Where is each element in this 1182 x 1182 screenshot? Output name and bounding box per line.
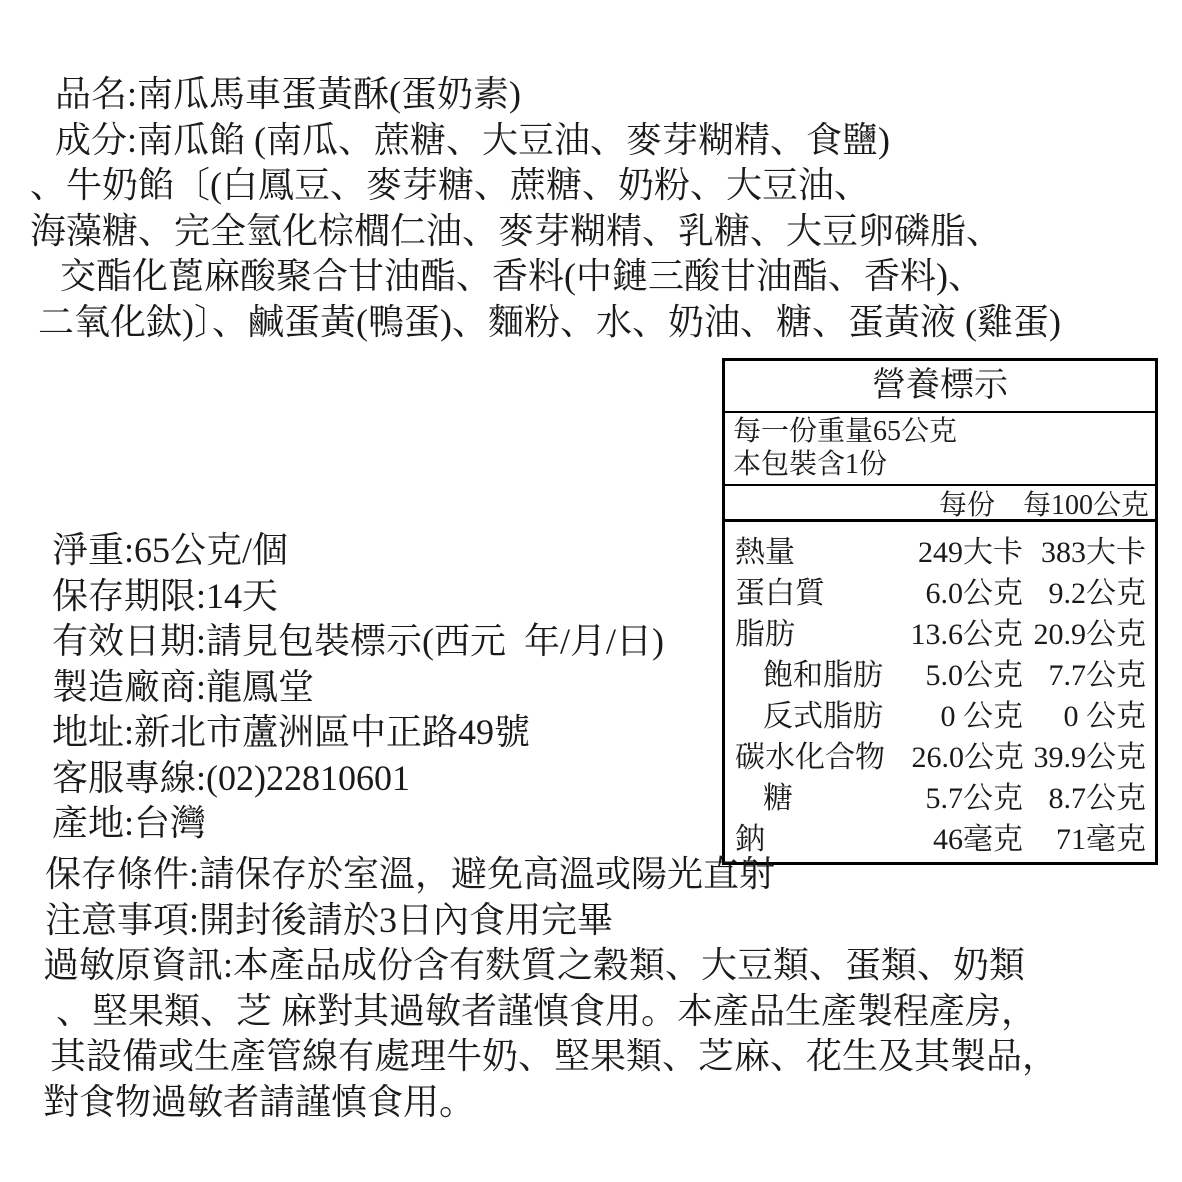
nutrition-facts-table: 營養標示 每一份重量65公克 本包裝含1份 每份 每100公克 熱量 249大卡… [722, 358, 1158, 865]
allergen-line-3: 其設備或生產管線有處理牛奶、堅果類、芝麻、花生及其製品， [0, 1034, 1182, 1080]
row-label: 反式脂肪 [725, 691, 883, 735]
row-label: 鈉 [725, 814, 883, 858]
row-per-serving: 249大卡 [883, 527, 1023, 571]
row-per-100g: 20.9公克 [1023, 609, 1155, 653]
row-label: 飽和脂肪 [725, 650, 883, 694]
manufacturer-line: 製造廠商:龍鳳堂 [52, 665, 712, 711]
origin-line: 產地:台灣 [52, 801, 712, 847]
serving-weight: 每一份重量65公克 [733, 415, 1155, 448]
row-per-100g: 8.7公克 [1023, 773, 1155, 817]
caution-line: 注意事項:開封後請於3日內食用完畢 [0, 898, 1182, 944]
row-per-100g: 9.2公克 [1023, 568, 1155, 612]
allergen-line-4: 對食物過敏者請謹慎食用。 [0, 1080, 1182, 1126]
row-per-100g: 7.7公克 [1023, 650, 1155, 694]
ingredients-line-1: 成分:南瓜餡 (南瓜、蔗糖、大豆油、麥芽糊精、食鹽) [0, 118, 1182, 164]
nutrition-rows: 熱量 249大卡 383大卡 蛋白質 6.0公克 9.2公克 脂肪 13.6公克… [725, 522, 1155, 862]
row-label: 熱量 [725, 527, 883, 571]
row-per-serving: 0 公克 [883, 691, 1023, 735]
storage-condition-line: 保存條件:請保存於室溫，避免高溫或陽光直射 [0, 852, 1182, 898]
net-weight-line: 淨重:65公克/個 [52, 528, 712, 574]
row-per-serving: 46毫克 [883, 814, 1023, 858]
ingredients-block: 品名:南瓜馬車蛋黃酥(蛋奶素) 成分:南瓜餡 (南瓜、蔗糖、大豆油、麥芽糊精、食… [0, 72, 1182, 345]
row-per-100g: 71毫克 [1023, 814, 1155, 858]
shelf-life-line: 保存期限:14天 [52, 574, 712, 620]
nutrition-row-sugar: 糖 5.7公克 8.7公克 [725, 774, 1155, 815]
ingredients-line-5: 二氧化鈦)〕、鹹蛋黃(鴨蛋)、麵粉、水、奶油、糖、蛋黃液 (雞蛋) [0, 300, 1182, 346]
row-per-serving: 26.0公克 [885, 732, 1024, 776]
col-header-per-serving: 每份 [883, 483, 1023, 523]
nutrition-column-headers: 每份 每100公克 [725, 486, 1155, 522]
food-product-label: 品名:南瓜馬車蛋黃酥(蛋奶素) 成分:南瓜餡 (南瓜、蔗糖、大豆油、麥芽糊精、食… [0, 0, 1182, 1182]
nutrition-row-trans-fat: 反式脂肪 0 公克 0 公克 [725, 692, 1155, 733]
ingredients-line-2: 、牛奶餡〔(白鳳豆、麥芽糖、蔗糖、奶粉、大豆油、 [0, 163, 1182, 209]
nutrition-row-carbohydrate: 碳水化合物 26.0公克 39.9公克 [725, 733, 1155, 774]
address-line: 地址:新北市蘆洲區中正路49號 [52, 710, 712, 756]
row-per-serving: 5.0公克 [883, 650, 1023, 694]
row-label: 蛋白質 [725, 568, 883, 612]
nutrition-row-calories: 熱量 249大卡 383大卡 [725, 528, 1155, 569]
row-label: 脂肪 [725, 609, 883, 653]
allergen-line-1: 過敏原資訊:本產品成份含有麩質之穀類、大豆類、蛋類、奶類 [0, 943, 1182, 989]
nutrition-row-fat: 脂肪 13.6公克 20.9公克 [725, 610, 1155, 651]
serving-info: 每一份重量65公克 本包裝含1份 [725, 413, 1155, 486]
expiry-date-line: 有效日期:請見包裝標示(西元 年/月/日) [52, 619, 712, 665]
notices-block: 保存條件:請保存於室溫，避免高溫或陽光直射 注意事項:開封後請於3日內食用完畢 … [0, 852, 1182, 1125]
col-header-per-100g: 每100公克 [1023, 483, 1155, 523]
product-info-block: 淨重:65公克/個 保存期限:14天 有效日期:請見包裝標示(西元 年/月/日)… [52, 528, 712, 847]
nutrition-row-sodium: 鈉 46毫克 71毫克 [725, 815, 1155, 856]
row-per-serving: 13.6公克 [883, 609, 1023, 653]
row-label: 碳水化合物 [725, 732, 885, 776]
service-phone-line: 客服專線:(02)22810601 [52, 756, 712, 802]
row-per-100g: 39.9公克 [1024, 732, 1155, 776]
servings-per-pack: 本包裝含1份 [733, 448, 1155, 481]
nutrition-row-protein: 蛋白質 6.0公克 9.2公克 [725, 569, 1155, 610]
ingredients-line-3: 海藻糖、完全氫化棕櫚仁油、麥芽糊精、乳糖、大豆卵磷脂、 [0, 209, 1182, 255]
nutrition-title: 營養標示 [725, 361, 1155, 413]
product-name-line: 品名:南瓜馬車蛋黃酥(蛋奶素) [0, 72, 1182, 118]
row-label: 糖 [725, 773, 883, 817]
row-per-serving: 5.7公克 [883, 773, 1023, 817]
ingredients-line-4: 交酯化蓖麻酸聚合甘油酯、香料(中鏈三酸甘油酯、香料)、 [0, 254, 1182, 300]
row-per-100g: 383大卡 [1023, 527, 1155, 571]
nutrition-row-saturated-fat: 飽和脂肪 5.0公克 7.7公克 [725, 651, 1155, 692]
row-per-serving: 6.0公克 [883, 568, 1023, 612]
row-per-100g: 0 公克 [1023, 691, 1155, 735]
allergen-line-2: 、堅果類、芝 麻對其過敏者謹慎食用。本產品生產製程產房， [0, 989, 1182, 1035]
